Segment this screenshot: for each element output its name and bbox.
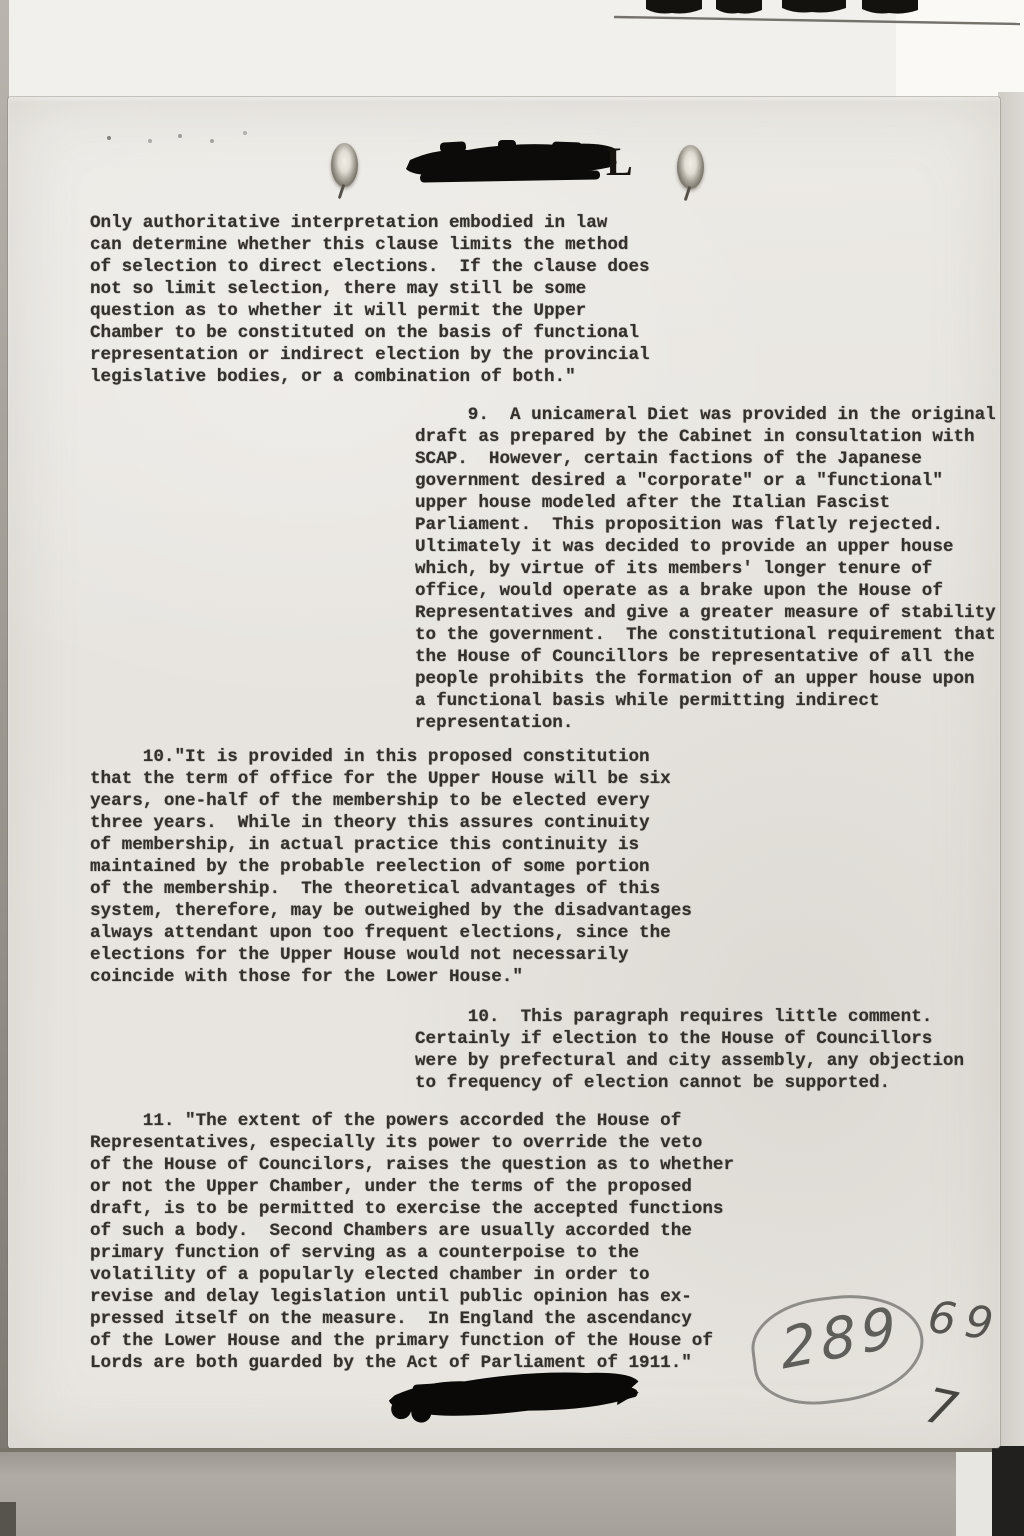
- paragraph-10-indented: 10. This paragraph requires little comme…: [415, 1006, 964, 1094]
- stamp-visible-letter: L: [606, 138, 633, 185]
- scanned-document: L Only authoritative interpretation embo…: [0, 0, 1024, 1536]
- scan-bottom-dark-patch: [992, 1446, 1024, 1536]
- paper-speck: [107, 136, 111, 140]
- paper-speck: [243, 131, 247, 135]
- redaction-stamp-bottom: [382, 1368, 644, 1433]
- cropped-crossed-out-text-icon: [612, 0, 1024, 30]
- scan-bottom-band: [0, 1448, 1024, 1536]
- paper-speck: [178, 134, 182, 138]
- scan-right-edge: [998, 92, 1024, 1452]
- paragraph-intro: Only authoritative interpretation embodi…: [90, 212, 650, 388]
- paragraph-9-indented: 9. A unicameral Diet was provided in the…: [415, 404, 996, 734]
- paper-speck: [210, 139, 214, 143]
- scan-bottom-left-shadow: [0, 1502, 16, 1536]
- paragraph-10-left: 10.″It is provided in this proposed cons…: [90, 746, 692, 988]
- redaction-stamp-top: L: [402, 136, 652, 190]
- paragraph-11-left: 11. ″The extent of the powers accorded t…: [90, 1110, 734, 1374]
- brass-fastener-icon: [677, 145, 704, 189]
- paper-speck: [148, 139, 152, 143]
- scan-bottom-light-patch: [956, 1452, 992, 1536]
- brass-fastener-icon: [331, 143, 358, 187]
- handwritten-number-69: 69: [925, 1292, 1005, 1352]
